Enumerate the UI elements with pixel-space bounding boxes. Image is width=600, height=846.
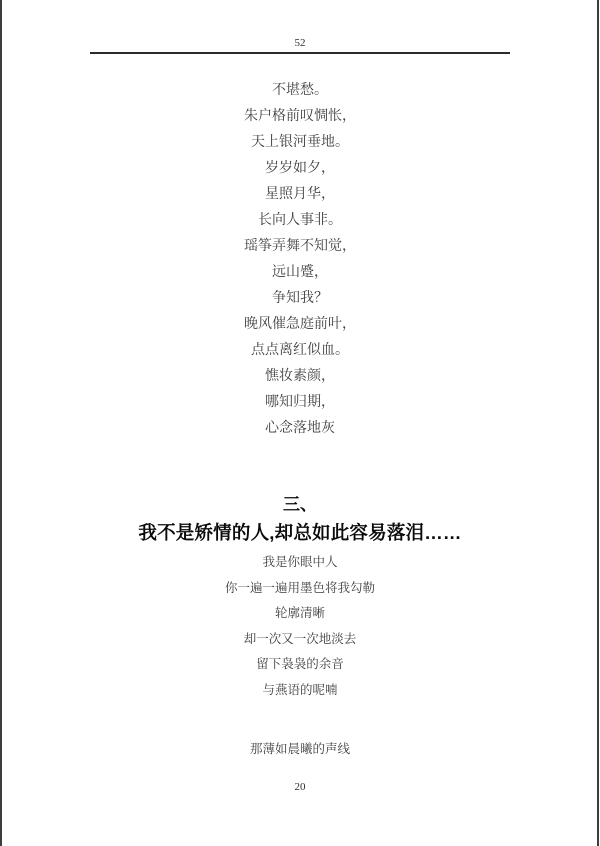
poem-line: 朱户格前叹惆怅， <box>0 102 600 128</box>
poem-line: 你一遍一遍用墨色将我勾勒 <box>0 576 600 602</box>
document-page: 52 不堪愁。 朱户格前叹惆怅， 天上银河垂地。 岁岁如夕， 星照月华， 长向人… <box>0 0 600 846</box>
poem-line: 哪知归期， <box>0 388 600 414</box>
footer-page-number: 20 <box>0 781 600 793</box>
poem-line: 心念落地灰 <box>0 414 600 440</box>
poem-line: 我是你眼中人 <box>0 550 600 576</box>
poem-line: 与燕语的呢喃 <box>0 678 600 704</box>
poem-line: 晚风催急庭前叶， <box>0 310 600 336</box>
poem-line: 留下袅袅的余音 <box>0 652 600 678</box>
poem-line: 星照月华， <box>0 180 600 206</box>
poem-stanza-1: 不堪愁。 朱户格前叹惆怅， 天上银河垂地。 岁岁如夕， 星照月华， 长向人事非。… <box>0 76 600 440</box>
poem-stanza-2: 我是你眼中人 你一遍一遍用墨色将我勾勒 轮廓清晰 却一次又一次地淡去 留下袅袅的… <box>0 550 600 703</box>
header-page-number: 52 <box>0 37 600 49</box>
poem-line: 憔妆素颜， <box>0 362 600 388</box>
header-rule <box>90 52 510 54</box>
poem-line: 瑶筝弄舞不知觉， <box>0 232 600 258</box>
poem-line: 不堪愁。 <box>0 76 600 102</box>
poem-line: 远山蹙， <box>0 258 600 284</box>
poem-line: 轮廓清晰 <box>0 601 600 627</box>
section-title: 我不是矫情的人,却总如此容易落泪…… <box>0 520 600 546</box>
poem-closing-line: 那薄如晨曦的声线 <box>0 741 600 757</box>
section-number: 三、 <box>0 494 600 516</box>
poem-line: 却一次又一次地淡去 <box>0 627 600 653</box>
poem-line: 点点离红似血。 <box>0 336 600 362</box>
poem-line: 天上银河垂地。 <box>0 128 600 154</box>
poem-line: 岁岁如夕， <box>0 154 600 180</box>
poem-line: 争知我？ <box>0 284 600 310</box>
poem-line: 长向人事非。 <box>0 206 600 232</box>
